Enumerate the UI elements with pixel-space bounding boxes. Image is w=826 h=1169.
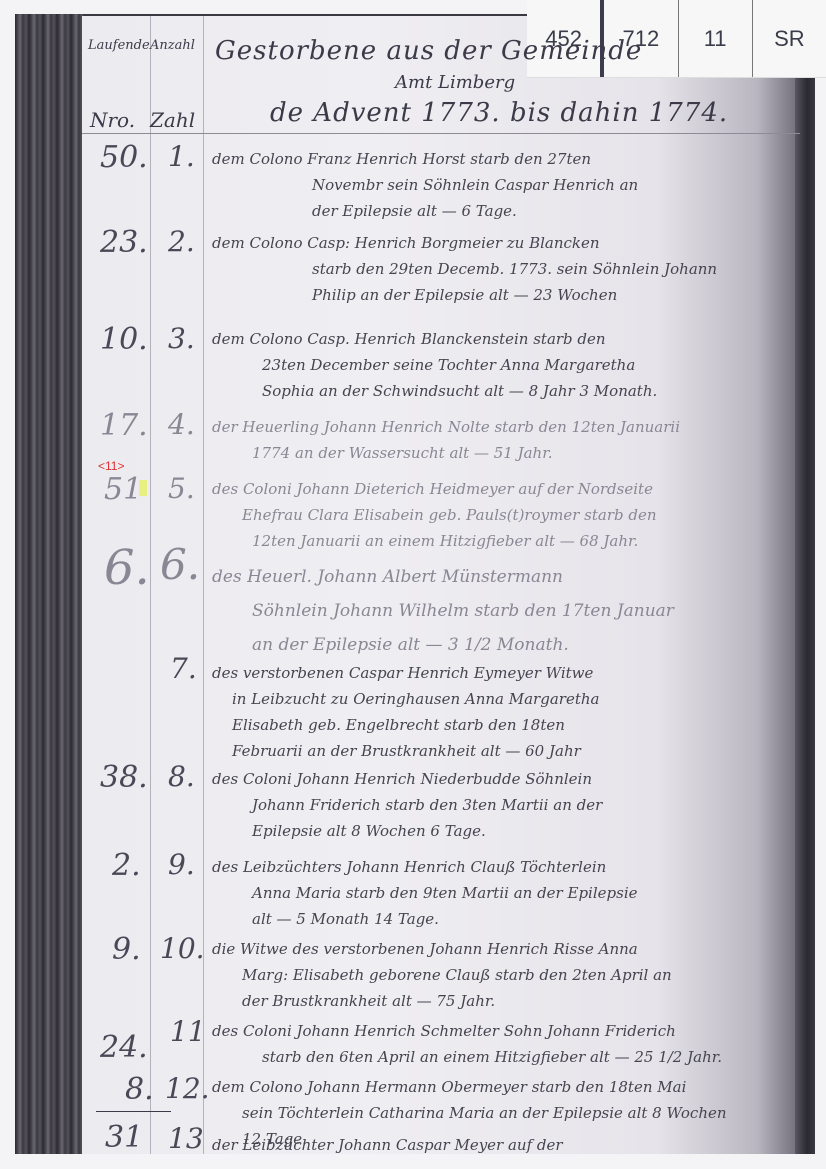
entry-line: dem Colono Casp: Henrich Borgmeier zu Bl… [212,230,717,256]
entry-seq: 9. [168,848,195,881]
entry-line: des Coloni Johann Dieterich Heidmeyer au… [212,476,657,502]
entry-line: 12ten Januarii an einem Hitzigfieber alt… [212,528,657,554]
entry-line: der Heuerling Johann Henrich Nolte starb… [212,414,680,440]
entry-line: des Heuerl. Johann Albert Münstermann [212,560,674,594]
register-period: de Advent 1773. bis dahin 1774. [270,98,728,128]
gutter-shadow [795,60,815,1154]
entry-text: des Heuerl. Johann Albert Münstermann Sö… [212,560,674,662]
entry-seq: 8. [168,760,195,793]
scanned-page: 452 712 11 SR Laufende Anzahl Nro. Zahl … [0,0,826,1169]
entry-seq: 11 [170,1015,206,1048]
archive-annotation: <11> [98,459,124,473]
page-edges [15,14,85,1154]
column-header-nro: Nro. [90,108,135,132]
entry-line: dem Colono Casp. Henrich Blanckenstein s… [212,326,657,352]
entry-nro: 31 [105,1120,143,1155]
column-rule-1 [150,16,151,1154]
entry-seq: 10. [160,932,205,965]
entry-line: Februarii an der Brustkrankheit alt — 60… [212,738,599,764]
entry-text: des Coloni Johann Henrich Schmelter Sohn… [212,1018,722,1070]
archive-label-cell: SR [752,0,826,77]
column-header-laufende: Laufende [88,38,150,53]
entry-line: in Leibzucht zu Oeringhausen Anna Margar… [212,686,599,712]
entry-text: dem Colono Casp: Henrich Borgmeier zu Bl… [212,230,717,308]
register-title: Gestorbene aus der Gemeinde [215,36,642,66]
entry-line: Johann Friderich starb den 3ten Martii a… [212,792,602,818]
entry-nro: 10. [100,322,148,357]
archive-label-cell: 11 [678,0,752,77]
entry-nro: 9. [112,932,141,967]
column-header-anzahl: Anzahl [150,38,195,53]
entry-line: des Coloni Johann Henrich Schmelter Sohn… [212,1018,722,1044]
entry-seq: 3. [168,322,195,355]
entry-seq: 13 [168,1122,204,1155]
entry-line: dem Colono Franz Henrich Horst starb den… [212,146,638,172]
entry-text: die Witwe des verstorbenen Johann Henric… [212,936,672,1014]
entry-nro: 23. [100,225,148,260]
entry-seq: 7. [170,652,197,685]
entry-line: dem Colono Johann Hermann Obermeyer star… [212,1074,727,1100]
header-rule [82,133,800,134]
entry-text: des Leibzüchters Johann Henrich Clauß Tö… [212,854,638,932]
register-subtitle: Amt Limberg [395,72,515,93]
entry-line: des Leibzüchters Johann Henrich Clauß Tö… [212,854,638,880]
entry-seq: 4. [168,408,195,441]
entry-nro: 50. [100,140,148,175]
entry-text: dem Colono Franz Henrich Horst starb den… [212,146,638,224]
entry-line: alt — 5 Monath 14 Tage. [212,906,638,932]
entry-line: 1774 an der Wassersucht alt — 51 Jahr. [212,440,680,466]
entry-seq: 2. [168,225,195,258]
entry-line: Philip an der Epilepsie alt — 23 Wochen [212,282,717,308]
entry-text: der Leibzüchter Johann Caspar Meyer auf … [212,1132,563,1158]
entry-line: starb den 29ten Decemb. 1773. sein Söhnl… [212,256,717,282]
entry-text: des Coloni Johann Henrich Niederbudde Sö… [212,766,602,844]
entry-nro: 38. [100,760,148,795]
column-header-zahl: Zahl [150,108,195,132]
entry-line: Elisabeth geb. Engelbrecht starb den 18t… [212,712,599,738]
entry-line: Novembr sein Söhnlein Caspar Henrich an [212,172,638,198]
entry-line: die Witwe des verstorbenen Johann Henric… [212,936,672,962]
entry-line: Anna Maria starb den 9ten Martii an der … [212,880,638,906]
entry-line: der Brustkrankheit alt — 75 Jahr. [212,988,672,1014]
entry-nro: 2. [112,848,141,883]
entry-line: 23ten December seine Tochter Anna Margar… [212,352,657,378]
sum-underline [96,1111,171,1112]
entry-nro: 8. [125,1072,154,1107]
entry-line: an der Epilepsie alt — 3 1/2 Monath. [212,628,674,662]
entry-nro: 6. [104,540,150,596]
entry-nro: 51 [104,472,142,507]
entry-nro: 24. [100,1030,148,1065]
entry-line: Söhnlein Johann Wilhelm starb den 17ten … [212,594,674,628]
entry-nro: 17. [100,408,148,443]
entry-line: Ehefrau Clara Elisabein geb. Pauls(t)roy… [212,502,657,528]
entry-text: dem Colono Casp. Henrich Blanckenstein s… [212,326,657,404]
entry-seq: 5. [168,472,195,505]
entry-seq: 12. [165,1072,210,1105]
entry-line: sein Töchterlein Catharina Maria an der … [212,1100,727,1126]
entry-line: Epilepsie alt 8 Wochen 6 Tage. [212,818,602,844]
entry-line: starb den 6ten April an einem Hitzigfieb… [212,1044,722,1070]
entry-line: Sophia an der Schwindsucht alt — 8 Jahr … [212,378,657,404]
entry-line: der Epilepsie alt — 6 Tage. [212,198,638,224]
entry-line: des Coloni Johann Henrich Niederbudde Sö… [212,766,602,792]
entry-line: Marg: Elisabeth geborene Clauß starb den… [212,962,672,988]
column-rule-2 [203,16,204,1154]
entry-seq: 1. [168,140,195,173]
entry-line: der Leibzüchter Johann Caspar Meyer auf … [212,1132,563,1158]
entry-seq: 6. [160,540,200,589]
entry-text: der Heuerling Johann Henrich Nolte starb… [212,414,680,466]
entry-text: des Coloni Johann Dieterich Heidmeyer au… [212,476,657,554]
entry-line: des verstorbenen Caspar Henrich Eymeyer … [212,660,599,686]
entry-text: des verstorbenen Caspar Henrich Eymeyer … [212,660,599,764]
